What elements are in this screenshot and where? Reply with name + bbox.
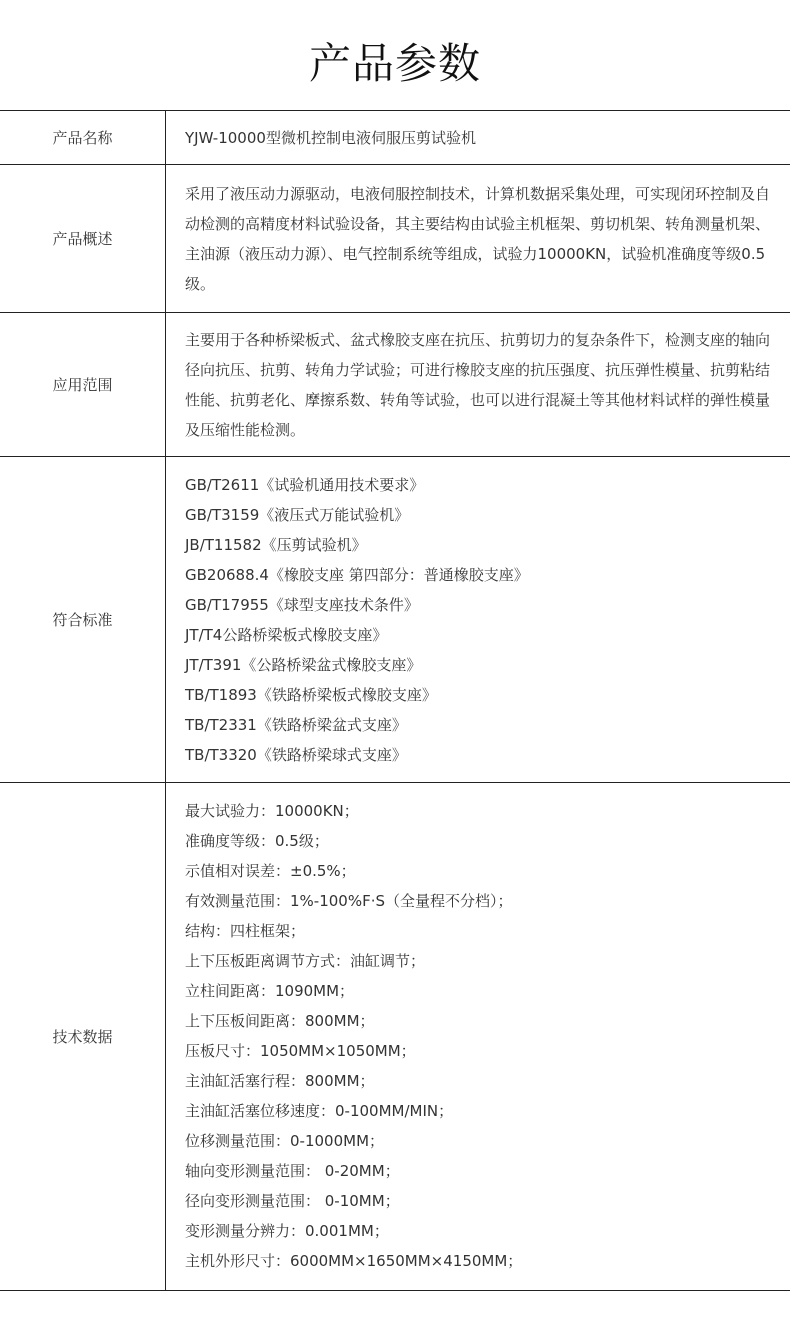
list-item: GB20688.4《橡胶支座 第四部分：普通橡胶支座》 bbox=[185, 560, 772, 590]
list-item: 结构：四柱框架； bbox=[185, 916, 772, 946]
application-text: 主要用于各种桥梁板式、盆式橡胶支座在抗压、抗剪切力的复杂条件下，检测支座的轴向径… bbox=[185, 325, 772, 445]
list-item: 压板尺寸：1050MM×1050MM； bbox=[185, 1036, 772, 1066]
table-row-product-overview: 产品概述 采用了液压动力源驱动，电液伺服控制技术，计算机数据采集处理，可实现闭环… bbox=[0, 165, 790, 313]
list-item: JT/T4公路桥梁板式橡胶支座》 bbox=[185, 620, 772, 650]
row-label: 符合标准 bbox=[0, 457, 166, 782]
table-row-standards: 符合标准 GB/T2611《试验机通用技术要求》 GB/T3159《液压式万能试… bbox=[0, 457, 790, 783]
list-item: 主机外形尺寸：6000MM×1650MM×4150MM； bbox=[185, 1246, 772, 1276]
row-value: YJW-10000型微机控制电液伺服压剪试验机 bbox=[166, 111, 790, 164]
row-label: 产品概述 bbox=[0, 165, 166, 312]
list-item: TB/T2331《铁路桥梁盆式支座》 bbox=[185, 710, 772, 740]
product-parameters-table: 产品名称 YJW-10000型微机控制电液伺服压剪试验机 产品概述 采用了液压动… bbox=[0, 110, 790, 1291]
page-title: 产品参数 bbox=[0, 38, 790, 90]
table-row-product-name: 产品名称 YJW-10000型微机控制电液伺服压剪试验机 bbox=[0, 111, 790, 165]
list-item: 变形测量分辨力：0.001MM； bbox=[185, 1216, 772, 1246]
technical-data-list: 最大试验力：10000KN； 准确度等级：0.5级； 示值相对误差：±0.5%；… bbox=[166, 783, 790, 1290]
standards-list: GB/T2611《试验机通用技术要求》 GB/T3159《液压式万能试验机》 J… bbox=[166, 457, 790, 782]
overview-text: 采用了液压动力源驱动，电液伺服控制技术，计算机数据采集处理，可实现闭环控制及自动… bbox=[185, 179, 772, 299]
list-item: 有效测量范围：1%-100%F·S（全量程不分档）； bbox=[185, 886, 772, 916]
list-item: 最大试验力：10000KN； bbox=[185, 796, 772, 826]
row-value: 主要用于各种桥梁板式、盆式橡胶支座在抗压、抗剪切力的复杂条件下，检测支座的轴向径… bbox=[166, 313, 790, 456]
list-item: 主油缸活塞行程：800MM； bbox=[185, 1066, 772, 1096]
product-name-text: YJW-10000型微机控制电液伺服压剪试验机 bbox=[185, 127, 476, 148]
table-row-technical-data: 技术数据 最大试验力：10000KN； 准确度等级：0.5级； 示值相对误差：±… bbox=[0, 783, 790, 1291]
table-row-application-scope: 应用范围 主要用于各种桥梁板式、盆式橡胶支座在抗压、抗剪切力的复杂条件下，检测支… bbox=[0, 313, 790, 457]
list-item: 上下压板距离调节方式：油缸调节； bbox=[185, 946, 772, 976]
list-item: 轴向变形测量范围： 0-20MM； bbox=[185, 1156, 772, 1186]
list-item: 径向变形测量范围： 0-10MM； bbox=[185, 1186, 772, 1216]
row-label: 应用范围 bbox=[0, 313, 166, 456]
list-item: 立柱间距离：1090MM； bbox=[185, 976, 772, 1006]
list-item: 位移测量范围：0-1000MM； bbox=[185, 1126, 772, 1156]
list-item: GB/T17955《球型支座技术条件》 bbox=[185, 590, 772, 620]
list-item: JT/T391《公路桥梁盆式橡胶支座》 bbox=[185, 650, 772, 680]
list-item: 准确度等级：0.5级； bbox=[185, 826, 772, 856]
row-label: 技术数据 bbox=[0, 783, 166, 1290]
row-label: 产品名称 bbox=[0, 111, 166, 164]
row-value: 采用了液压动力源驱动，电液伺服控制技术，计算机数据采集处理，可实现闭环控制及自动… bbox=[166, 165, 790, 312]
list-item: 示值相对误差：±0.5%； bbox=[185, 856, 772, 886]
list-item: TB/T3320《铁路桥梁球式支座》 bbox=[185, 740, 772, 770]
list-item: JB/T11582《压剪试验机》 bbox=[185, 530, 772, 560]
list-item: GB/T3159《液压式万能试验机》 bbox=[185, 500, 772, 530]
list-item: TB/T1893《铁路桥梁板式橡胶支座》 bbox=[185, 680, 772, 710]
list-item: 上下压板间距离：800MM； bbox=[185, 1006, 772, 1036]
list-item: 主油缸活塞位移速度：0-100MM/MIN； bbox=[185, 1096, 772, 1126]
list-item: GB/T2611《试验机通用技术要求》 bbox=[185, 470, 772, 500]
